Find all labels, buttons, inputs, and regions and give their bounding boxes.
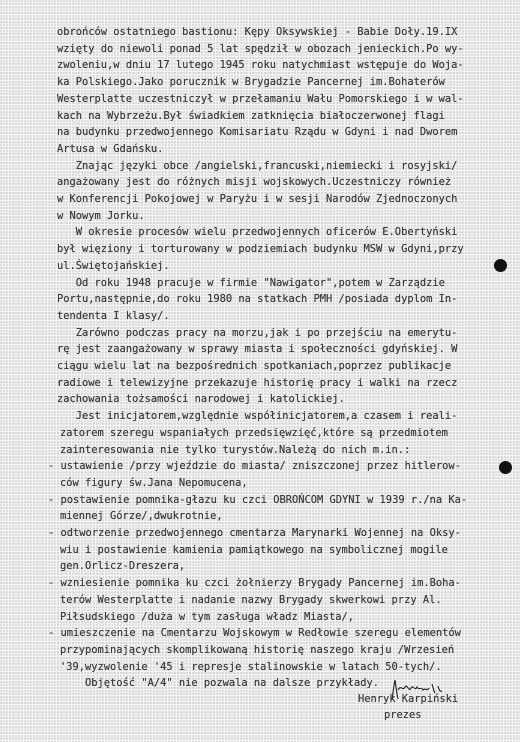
text-line: ul.Świętojańskiej. xyxy=(57,260,170,272)
text-line: rę jest zaangażowany w sprawy miasta i s… xyxy=(57,343,457,355)
text-line: w Nowym Jorku. xyxy=(57,210,145,222)
text-line: ców figury św.Jana Nepomucena, xyxy=(60,477,248,489)
text-line: gen.Orlicz-Dreszera, xyxy=(60,560,185,572)
text-line: na budynku przedwojennego Komisariatu Rz… xyxy=(57,126,457,138)
text-line: tendenta I klasy/. xyxy=(57,310,170,322)
punch-hole-bottom xyxy=(499,461,512,474)
text-line: - odtworzenie przedwojennego cmentarza M… xyxy=(48,527,461,539)
text-line: był więziony i torturowany w podziemiach… xyxy=(57,243,464,255)
text-line: wiu i postawienie kamienia pamiątkowego … xyxy=(60,544,448,556)
signatory-name: Henryk Karpiński xyxy=(358,693,458,705)
text-line: - umieszczenie na Cmentarzu Wojskowym w … xyxy=(48,627,461,639)
text-line: Jest inicjatorem,względnie współinicjato… xyxy=(57,410,457,422)
text-line: ciągu wielu lat na bezpośrednich spotkan… xyxy=(57,360,451,372)
text-line: miennej Górze/,dwukrotnie, xyxy=(60,510,223,522)
text-line: terów Westerplatte i nadanie nazwy Bryga… xyxy=(60,594,442,606)
text-line: Znając języki obce /angielski,francuski,… xyxy=(57,160,457,172)
text-line: - wzniesienie pomnika ku czci żołnierzy … xyxy=(48,577,461,589)
text-line: Portu,następnie,do roku 1980 na statkach… xyxy=(57,293,457,305)
text-line: zainteresowania nie tylko turystów.Należ… xyxy=(60,444,410,456)
text-line: '39,wyzwolenie '45 i represje stalinowsk… xyxy=(60,661,442,673)
text-line: zwoleniu,w dniu 17 lutego 1945 roku naty… xyxy=(57,59,464,71)
text-line: radiowe i telewizyjne przekazuje histori… xyxy=(57,377,457,389)
text-line: w Konferencji Pokojowej w Paryżu i w ses… xyxy=(57,193,457,205)
text-line: obrońców ostatniego bastionu: Kępy Oksyw… xyxy=(57,26,457,38)
text-line: Zarówno podczas pracy na morzu,jak i po … xyxy=(57,327,457,339)
punch-hole-top xyxy=(494,259,507,272)
text-line: Artusa w Gdańsku. xyxy=(57,143,163,155)
text-line: wzięty do niewoli ponad 5 lat spędził w … xyxy=(57,43,464,55)
text-line: Objętość "A/4" nie pozwala na dalsze prz… xyxy=(60,677,379,689)
text-line: W okresie procesów wielu przedwojennych … xyxy=(57,226,457,238)
text-line: zatorem szeregu wspaniałych przedsięwzię… xyxy=(60,427,448,439)
text-line: zachowania tożsamości narodowej i katoli… xyxy=(57,393,345,405)
text-line: przypominających skomplikowaną historię … xyxy=(60,644,454,656)
text-line: angażowany jest do różnych misji wojskow… xyxy=(57,176,451,188)
text-line: Westerplatte uczestniczył w przełamaniu … xyxy=(57,93,464,105)
typewritten-document-page: obrońców ostatniego bastionu: Kępy Oksyw… xyxy=(0,0,520,742)
text-line: Od roku 1948 pracuje w firmie "Nawigator… xyxy=(57,277,445,289)
signatory-title: prezes xyxy=(384,709,422,721)
text-line: Piłsudskiego /duża w tym zasługa władz M… xyxy=(60,611,354,623)
text-line: - postawienie pomnika-głazu ku czci OBRO… xyxy=(48,494,467,506)
text-line: ka Polskiego.Jako porucznik w Brygadzie … xyxy=(57,76,445,88)
text-line: - ustawienie /przy wjeździe do miasta/ z… xyxy=(48,460,461,472)
text-line: kach na Wybrzeżu.Był świadkiem zatknięci… xyxy=(57,110,445,122)
